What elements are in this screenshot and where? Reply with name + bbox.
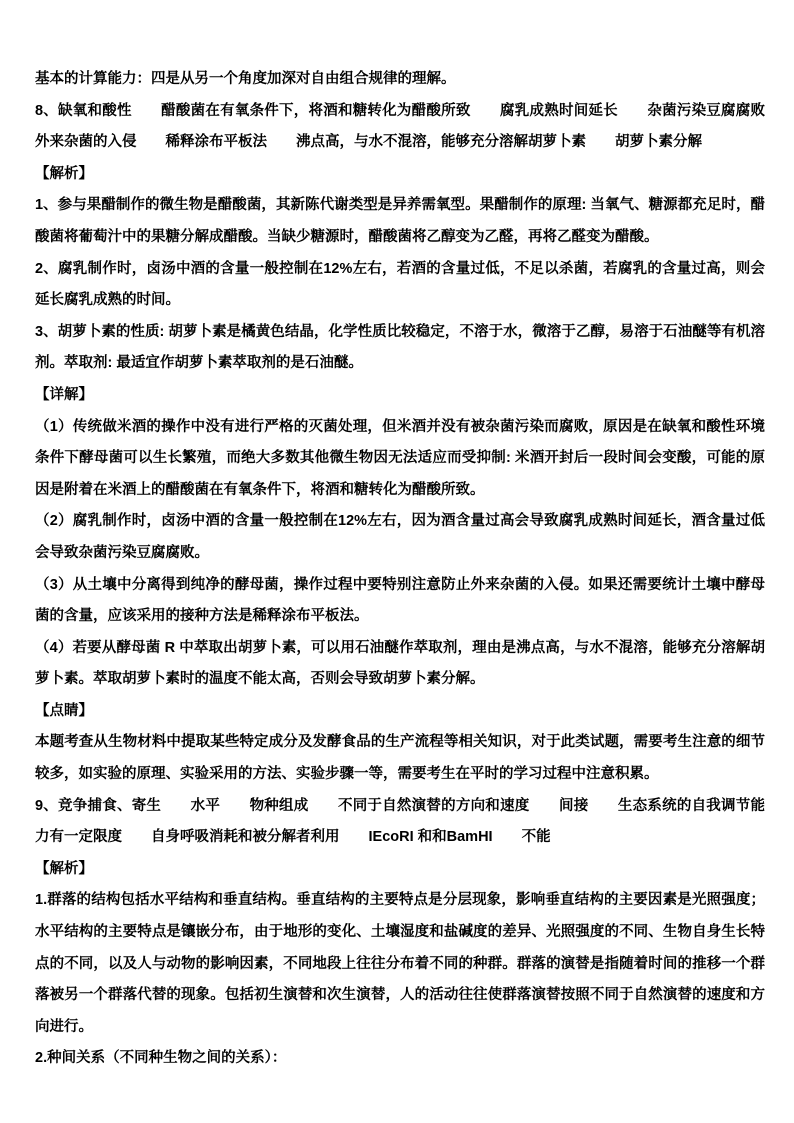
answers-question-9: 9、竞争捕食、寄生 水平 物种组成 不同于自然演替的方向和速度 间接 生态系统的… — [35, 791, 765, 854]
analysis-q8-point-2: 2、腐乳制作时，卤汤中酒的含量一般控制在12%左右，若酒的含量过低，不足以杀菌，… — [35, 254, 765, 317]
detail-q8-item-4: （4）若要从酵母菌 R 中萃取出胡萝卜素，可以用石油醚作萃取剂，理由是沸点高，与… — [35, 633, 765, 696]
detail-q8-item-2: （2）腐乳制作时，卤汤中酒的含量一般控制在12%左右，因为酒含量过高会导致腐乳成… — [35, 506, 765, 569]
section-header-dianjing-q8: 【点睛】 — [35, 696, 765, 728]
section-header-xiangjie-q8: 【详解】 — [35, 380, 765, 412]
analysis-q9-point-2: 2.种间关系（不同种生物之间的关系）： — [35, 1043, 765, 1075]
document-page: 基本的计算能力：四是从另一个角度加深对自由组合规律的理解。 8、缺氧和酸性 醋酸… — [0, 0, 794, 1123]
detail-q8-item-3: （3）从土壤中分离得到纯净的酵母菌，操作过程中要特别注意防止外来杂菌的入侵。如果… — [35, 570, 765, 633]
analysis-q9-point-1: 1.群落的结构包括水平结构和垂直结构。垂直结构的主要特点是分层现象，影响垂直结构… — [35, 885, 765, 1043]
section-header-jiexi-q9: 【解析】 — [35, 854, 765, 886]
section-header-jiexi-q8: 【解析】 — [35, 159, 765, 191]
paragraph-carryover-note: 基本的计算能力：四是从另一个角度加深对自由组合规律的理解。 — [35, 64, 765, 96]
summary-note-q8: 本题考查从生物材料中提取某些特定成分及发酵食品的生产流程等相关知识，对于此类试题… — [35, 727, 765, 790]
detail-q8-item-1: （1）传统做米酒的操作中没有进行严格的灭菌处理，但米酒并没有被杂菌污染而腐败，原… — [35, 412, 765, 507]
analysis-q8-point-1: 1、参与果醋制作的微生物是醋酸菌，其新陈代谢类型是异养需氧型。果醋制作的原理: … — [35, 190, 765, 253]
analysis-q8-point-3: 3、胡萝卜素的性质: 胡萝卜素是橘黄色结晶，化学性质比较稳定，不溶于水，微溶于乙… — [35, 317, 765, 380]
answers-question-8: 8、缺氧和酸性 醋酸菌在有氧条件下，将酒和糖转化为醋酸所致 腐乳成熟时间延长 杂… — [35, 96, 765, 159]
